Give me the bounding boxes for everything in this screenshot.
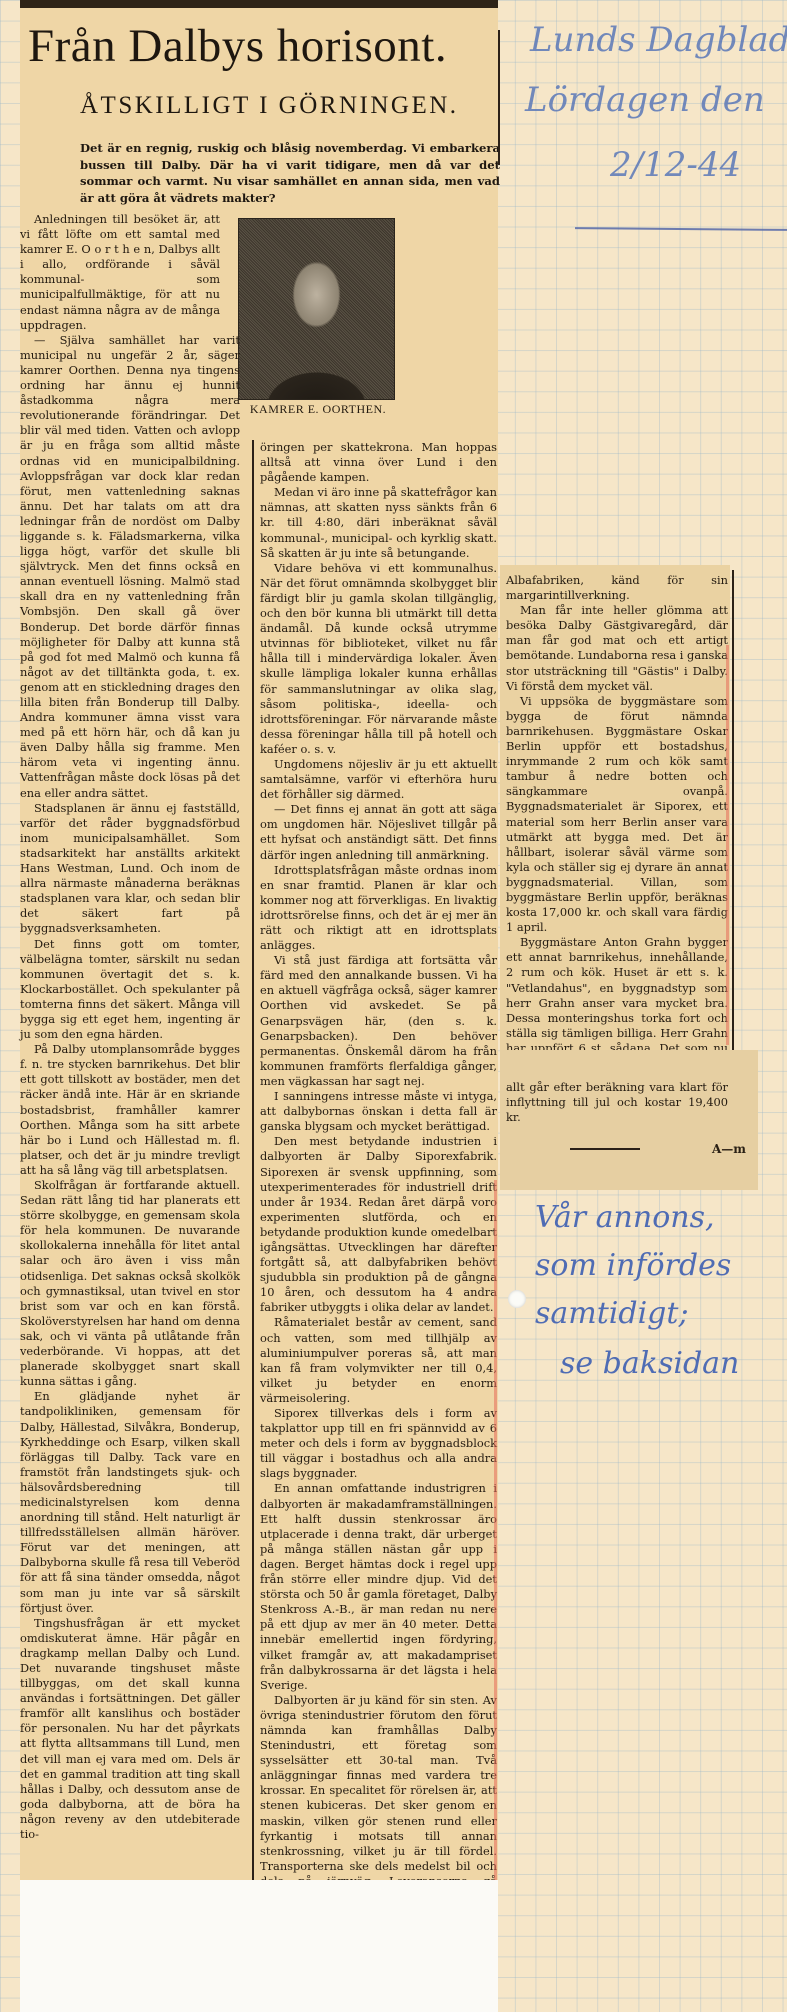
paragraph: Ungdomens nöjesliv är ju ett aktuellt sa… [260,757,497,802]
signoff-rule [570,1148,640,1150]
paragraph: En glädjande nyhet är tandpolikliniken, … [20,1389,240,1615]
article-column-3: Albafabriken, känd för sin margarintillv… [506,573,728,1071]
handwritten-source-name: Lunds Dagblad [530,20,787,60]
handwritten-day-label: Lördagen den [525,80,765,120]
photo-caption: KAMRER E. OORTHEN. [233,402,403,417]
paragraph: Den mest betydande industrien i dalbyort… [260,1134,497,1315]
paragraph: Stadsplanen är ännu ej fastställd, varfö… [20,801,240,937]
red-pencil-mark [726,645,729,1045]
paragraph: Vi stå just färdiga att fortsätta vår fä… [260,953,497,1089]
paragraph: Vi uppsöka de byggmästare som bygga de f… [506,694,728,936]
paragraph: öringen per skattekrona. Man hoppas allt… [260,440,497,485]
portrait-photo [238,218,395,400]
article-column-4: allt går efter beräkning vara klart för … [506,1080,728,1125]
paragraph: Skolfrågan är fortfarande aktuell. Sedan… [20,1178,240,1389]
handwritten-note-line: samtidigt; [535,1296,689,1331]
paragraph: Dalbyorten är ju känd för sin sten. Av ö… [260,1693,497,1904]
paragraph: Tingshusfrågan är ett mycket omdiskutera… [20,1616,240,1842]
newspaper-clipping-side: Albafabriken, känd för sin margarintillv… [500,565,730,1110]
paragraph: En annan omfattande industrigren i dalby… [260,1481,497,1692]
handwritten-underline [575,227,787,231]
paragraph: Man får inte heller glömma att besöka Da… [506,603,728,694]
column-divider [732,570,734,1050]
paragraph: Albafabriken, känd för sin margarintillv… [506,573,728,603]
red-pencil-mark [494,1180,497,1880]
paragraph: — Det finns ej annat än gott att säga om… [260,802,497,862]
top-border-rule [20,0,498,8]
punch-hole [508,1290,526,1308]
paragraph: — Själva samhället har varit municipal n… [20,333,240,801]
handwritten-note-line: som infördes [535,1248,731,1283]
article-subheadline: ÅTSKILLIGT I GÖRNINGEN. [80,92,500,120]
newspaper-clipping-ending: allt går efter beräkning vara klart för … [500,1050,758,1190]
handwritten-note-line: Vår annons, [535,1200,715,1235]
author-signoff: A—m [712,1142,746,1156]
article-lead: Det är en regnig, ruskig och blåsig nove… [80,140,500,206]
column-divider [252,440,254,1880]
paragraph: allt går efter beräkning vara klart för … [506,1080,728,1125]
article-headline: Från Dalbys horisont. [28,18,498,74]
blank-paper-area [20,1880,498,2012]
article-column-2: öringen per skattekrona. Man hoppas allt… [260,440,497,1919]
paragraph: Vidare behöva vi ett kommunalhus. När de… [260,561,497,757]
paragraph: På Dalby utomplansområde bygges f. n. tr… [20,1042,240,1178]
paragraph: Siporex tillverkas dels i form av takpla… [260,1406,497,1481]
handwritten-date: 2/12-44 [610,145,741,185]
title-divider [498,30,500,165]
paragraph: Det finns gott om tomter, välbelägna tom… [20,937,240,1043]
paragraph: Medan vi äro inne på skattefrågor kan nä… [260,485,497,560]
paragraph: Idrottsplatsfrågan måste ordnas inom en … [260,863,497,954]
paragraph: I sanningens intresse måste vi intyga, a… [260,1089,497,1134]
paragraph: Anledningen till besöket är, att vi fått… [20,212,220,333]
newspaper-clipping-main: Från Dalbys horisont. ÅTSKILLIGT I GÖRNI… [20,0,498,1910]
handwritten-note-line: se baksidan [560,1346,739,1381]
paragraph: Råmaterialet består av cement, sand och … [260,1315,497,1406]
article-column-1: Anledningen till besöket är, att vi fått… [20,212,240,1842]
